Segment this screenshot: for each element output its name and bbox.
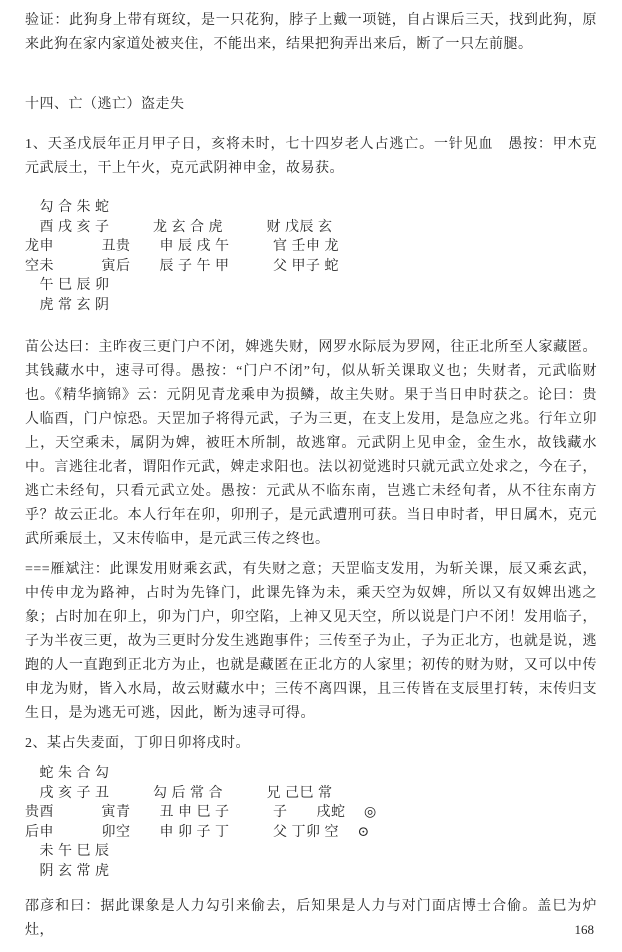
paragraph-case1-note: ===雁斌注：此课发用财乘玄武，有失财之意；天罡临支发用，为斩关课，辰又乘玄武，… [25, 558, 597, 726]
paragraph-verification: 验证：此狗身上带有斑纹，是一只花狗，脖子上戴一项链，自占课后三天，找到此狗，原来… [25, 9, 597, 57]
liuren-course-chart-case1: 勾 合 朱 蛇 酉 戌 亥 子 龙 玄 合 虎 财 戊辰 玄 龙申 丑贵 申 辰… [25, 198, 597, 315]
chart-row: 虎 常 玄 阴 [25, 296, 597, 316]
chart-row: 午 巳 辰 卯 [25, 276, 597, 296]
chart-row: 阴 玄 常 虎 [25, 862, 597, 882]
chart-row: 龙申 丑贵 申 辰 戌 午 官 壬申 龙 [25, 237, 597, 257]
paragraph-case2-intro: 2、某占失麦面，丁卯日卯将戌时。 [25, 732, 597, 756]
paragraph-case1-commentary: 苗公达曰：主昨夜三更门户不闭，婢逃失财，网罗水际辰为罗网，往正北所至人家藏匿。其… [25, 336, 597, 552]
chart-row: 蛇 朱 合 勾 [25, 764, 597, 784]
chart-row: 后申 卯空 申 卯 子 丁 父 丁卯 空 ⊙ [25, 823, 597, 843]
section-heading: 十四、亡（逃亡）盗走失 [25, 93, 597, 117]
chart-row: 酉 戌 亥 子 龙 玄 合 虎 财 戊辰 玄 [25, 218, 597, 238]
chart-row: 空未 寅后 辰 子 午 甲 父 甲子 蛇 [25, 257, 597, 277]
liuren-course-chart-case2: 蛇 朱 合 勾 戌 亥 子 丑 勾 后 常 合 兄 己巳 常 贵酉 寅青 丑 申… [25, 764, 597, 881]
document-page: 验证：此狗身上带有斑纹，是一只花狗，脖子上戴一项链，自占课后三天，找到此狗，原来… [0, 0, 622, 952]
chart-row: 戌 亥 子 丑 勾 后 常 合 兄 己巳 常 [25, 784, 597, 804]
chart-row: 勾 合 朱 蛇 [25, 198, 597, 218]
page-number: 168 [575, 922, 595, 938]
chart-row: 未 午 巳 辰 [25, 842, 597, 862]
paragraph-case2-commentary: 邵彦和曰：据此课象是人力勾引来偷去，后知果是人力与对门面店博士合偷。盖巳为炉灶， [25, 895, 597, 943]
paragraph-case1-intro: 1、天圣戊辰年正月甲子日，亥将未时，七十四岁老人占逃亡。一针见血 愚按：甲木克元… [25, 133, 597, 181]
chart-row: 贵酉 寅青 丑 申 巳 子 子 戌蛇 ◎ [25, 803, 597, 823]
